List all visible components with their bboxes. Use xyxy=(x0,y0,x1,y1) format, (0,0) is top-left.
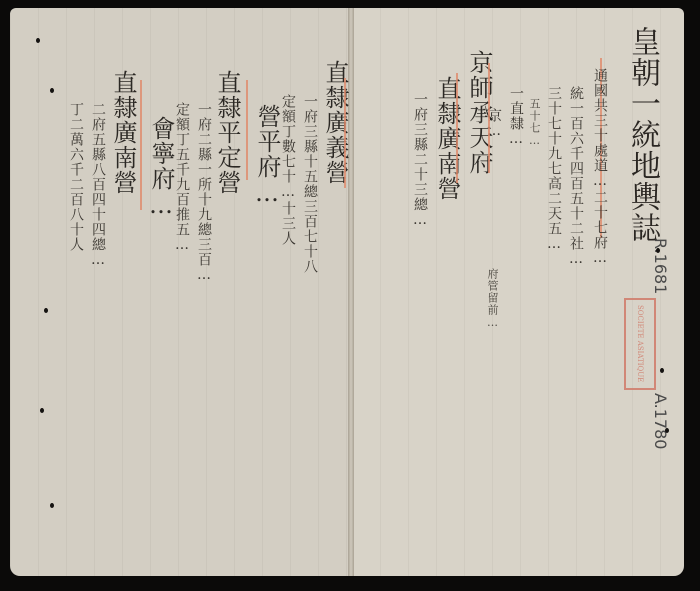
text-column: 統一百六千四百五十二社… xyxy=(566,86,586,268)
section-heading: 直隸廣南營 xyxy=(430,76,465,201)
catalog-mark: A.1780 xyxy=(651,393,670,449)
text-column: 一府二縣一所十九總三百… xyxy=(194,102,214,284)
section-heading: 直隸平定營 xyxy=(210,70,245,195)
text-column: 一直隸… xyxy=(506,86,526,148)
red-mark-line xyxy=(140,80,142,210)
book-title: 皇朝一統地輿誌 xyxy=(620,26,664,243)
section-heading: 直隸廣南營 xyxy=(106,70,141,195)
worm-hole xyxy=(50,503,54,508)
text-column: 會寧府… xyxy=(144,116,179,220)
worm-hole xyxy=(44,308,48,313)
text-column: 三十七十九七高二天五… xyxy=(544,86,564,253)
text-column: 丁二萬六千二百八十人 xyxy=(66,102,86,252)
worm-hole xyxy=(40,408,44,413)
worm-hole xyxy=(36,38,40,43)
worm-hole xyxy=(660,368,664,373)
worm-hole xyxy=(50,88,54,93)
section-heading: 京師承天府 xyxy=(462,50,497,175)
manuscript-book: 皇朝一統地輿誌 通國共三十處道…二十七府… 統一百六千四百五十二社… 三十七十九… xyxy=(10,8,690,576)
red-mark-line xyxy=(456,73,458,183)
section-heading: 直隸廣義營 xyxy=(318,60,353,185)
text-column: 一府三縣十五總三百七十八 xyxy=(300,94,320,274)
text-column: 通國共三十處道…二十七府… xyxy=(590,68,610,267)
red-mark-line xyxy=(344,78,346,188)
catalog-mark: R.1681 xyxy=(651,238,670,294)
library-stamp: SOCIETE ASIATIQUE xyxy=(624,298,656,390)
text-column: 府管留前… xyxy=(484,268,500,330)
text-column: 一府三縣二十三總… xyxy=(410,92,430,229)
text-column: 五十七… xyxy=(526,98,542,148)
worm-hole xyxy=(656,248,660,253)
red-mark-line xyxy=(246,80,248,180)
text-column: 二府五縣八百四十四總… xyxy=(88,102,108,269)
left-page xyxy=(10,8,350,576)
worm-hole xyxy=(665,428,669,433)
red-mark-line xyxy=(488,63,490,173)
text-column: 營平府… xyxy=(250,104,285,208)
